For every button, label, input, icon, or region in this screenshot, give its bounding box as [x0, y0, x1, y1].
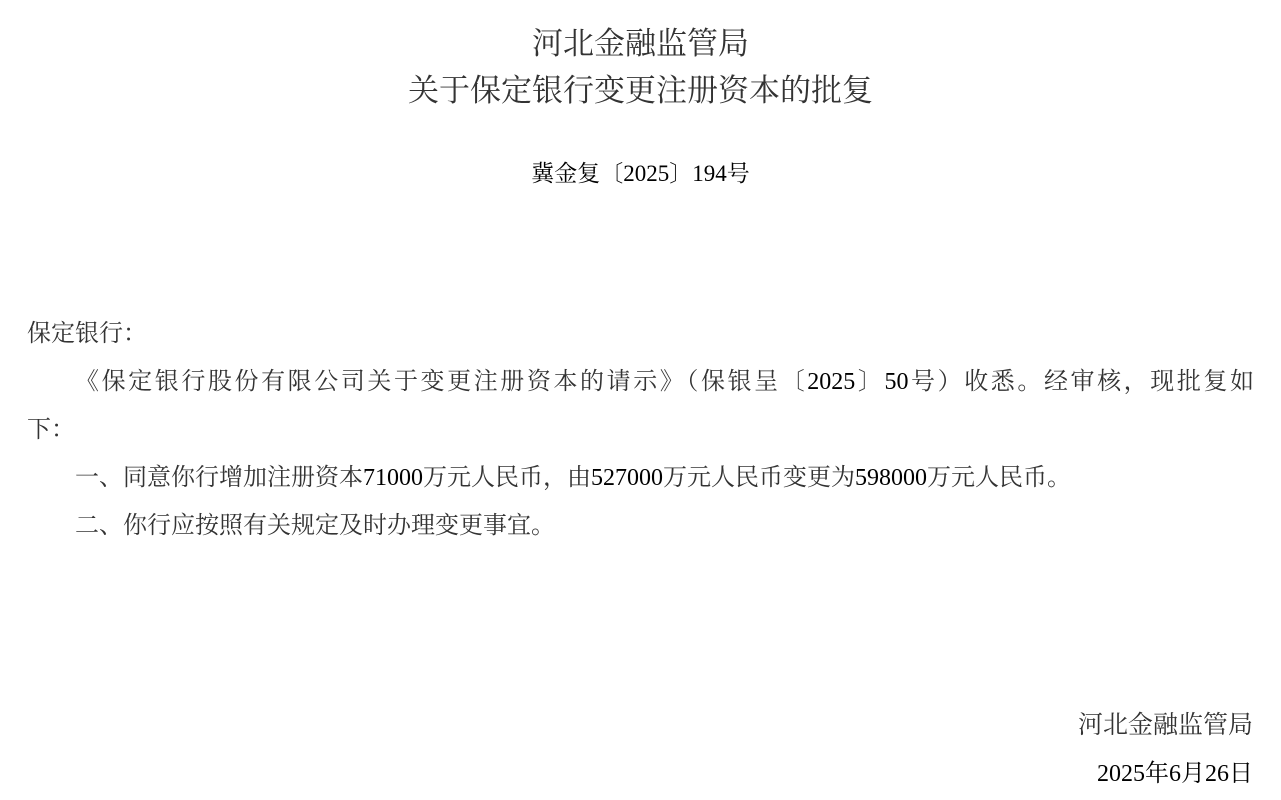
issue-date: 2025年6月26日 — [0, 750, 1253, 798]
item-2: 二、你行应按照有关规定及时办理变更事宜。 — [27, 502, 1254, 550]
document-title-line2: 关于保定银行变更注册资本的批复 — [0, 67, 1281, 114]
document-page: 河北金融监管局 关于保定银行变更注册资本的批复 冀金复〔2025〕194号 保定… — [0, 0, 1281, 800]
salutation: 保定银行： — [27, 310, 1254, 358]
document-number: 冀金复〔2025〕194号 — [0, 154, 1281, 194]
document-body: 保定银行： 《保定银行股份有限公司关于变更注册资本的请示》（保银呈〔2025〕5… — [0, 310, 1281, 550]
document-title-line1: 河北金融监管局 — [0, 20, 1281, 67]
issuer-signature: 河北金融监管局 — [0, 700, 1253, 750]
paragraph-line-1: 《保定银行股份有限公司关于变更注册资本的请示》（保银呈〔2025〕50号）收悉。… — [27, 358, 1254, 406]
paragraph-line-2: 下： — [27, 406, 1254, 454]
document-footer: 河北金融监管局 2025年6月26日 — [0, 700, 1281, 798]
item-1: 一、同意你行增加注册资本71000万元人民币，由527000万元人民币变更为59… — [27, 454, 1254, 502]
document-title: 河北金融监管局 关于保定银行变更注册资本的批复 — [0, 0, 1281, 114]
